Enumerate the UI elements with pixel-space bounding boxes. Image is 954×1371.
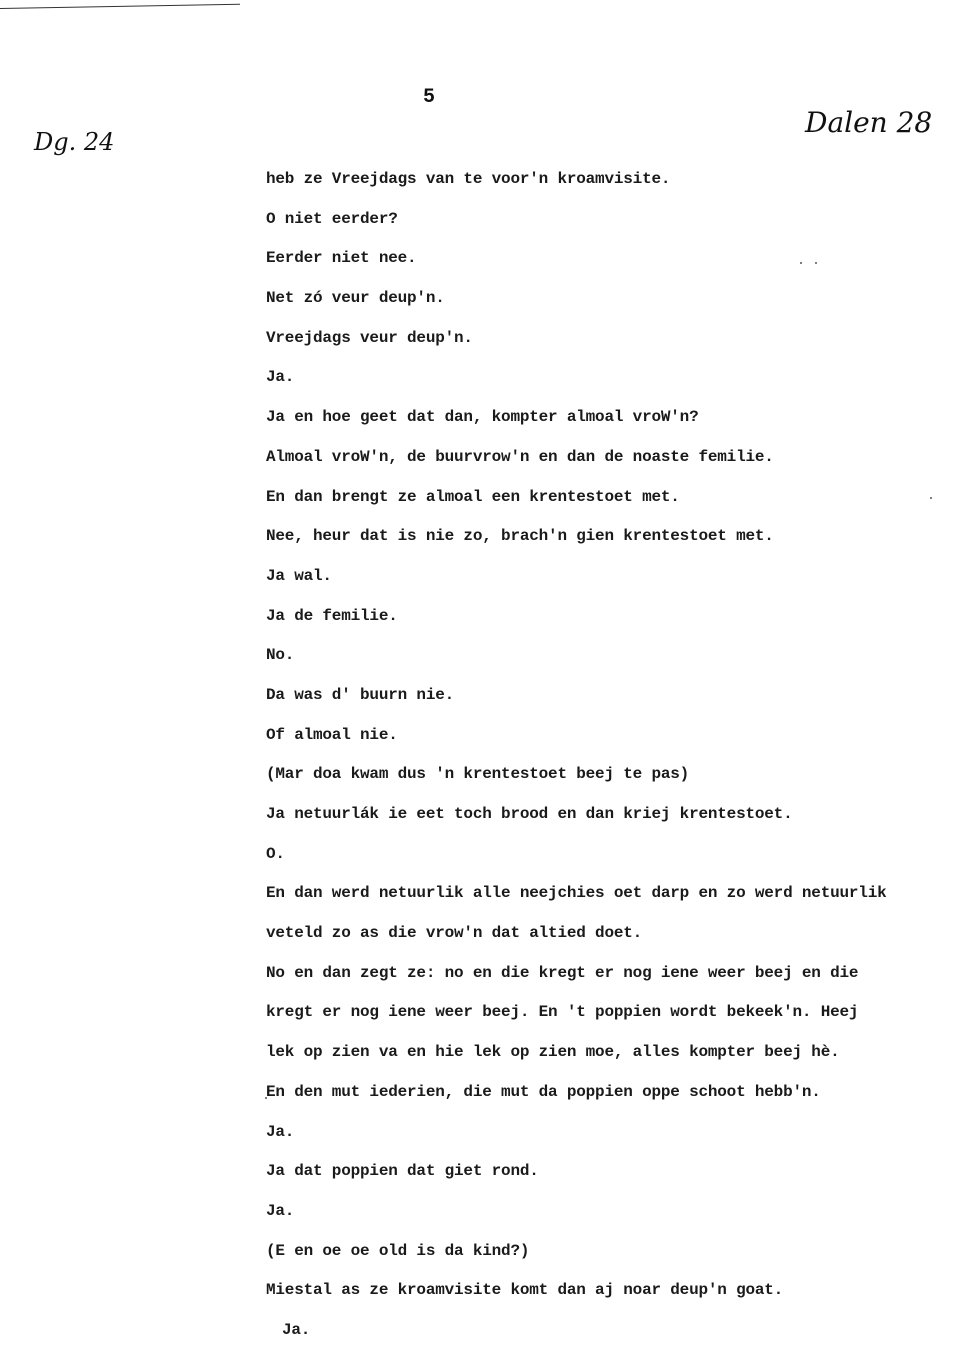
transcript-line: Vreejdags veur deup'n.	[266, 325, 946, 365]
transcript-line: Ja de femilie.	[266, 603, 946, 643]
page-number: 5	[423, 86, 435, 109]
transcript-body: heb ze Vreejdags van te voor'n kroamvisi…	[266, 166, 946, 1357]
page-edge-line	[0, 4, 240, 9]
transcript-line: Nee, heur dat is nie zo, brach'n gien kr…	[266, 523, 946, 563]
transcript-line: Ja.	[266, 1119, 946, 1159]
transcript-line: kregt er nog iene weer beej. En 't poppi…	[266, 999, 946, 1039]
transcript-line: O.	[266, 841, 946, 881]
transcript-line: Ja.	[266, 364, 946, 404]
transcript-line: Net zó veur deup'n.	[266, 285, 946, 325]
transcript-line: No en dan zegt ze: no en die kregt er no…	[266, 960, 946, 1000]
scan-speck	[930, 497, 932, 499]
transcript-line: No.	[266, 642, 946, 682]
transcript-line: O niet eerder?	[266, 206, 946, 246]
transcript-line: Ja dat poppien dat giet rond.	[266, 1158, 946, 1198]
transcript-line: Ja.	[266, 1198, 946, 1238]
transcript-line: Miestal as ze kroamvisite komt dan aj no…	[266, 1277, 946, 1317]
transcript-line: Ja.	[266, 1317, 946, 1357]
transcript-line: Da was d' buurn nie.	[266, 682, 946, 722]
transcript-line: Ja en hoe geet dat dan, kompter almoal v…	[266, 404, 946, 444]
transcript-line: heb ze Vreejdags van te voor'n kroamvisi…	[266, 166, 946, 206]
transcript-line: En dan brengt ze almoal een krentestoet …	[266, 484, 946, 524]
transcript-line: Almoal vroW'n, de buurvrow'n en dan de n…	[266, 444, 946, 484]
transcript-line: lek op zien va en hie lek op zien moe, a…	[266, 1039, 946, 1079]
transcript-line: Ja wal.	[266, 563, 946, 603]
transcript-line: (E en oe oe old is da kind?)	[266, 1238, 946, 1278]
transcript-line: En den mut iederien, die mut da poppien …	[266, 1079, 946, 1119]
handwritten-annotation-left: Dg. 24	[34, 128, 114, 156]
scan-speck	[815, 262, 817, 264]
transcript-line: Of almoal nie.	[266, 722, 946, 762]
scan-speck	[265, 1097, 267, 1099]
transcript-line: (Mar doa kwam dus 'n krentestoet beej te…	[266, 761, 946, 801]
transcript-line: Eerder niet nee.	[266, 245, 946, 285]
handwritten-annotation-right: Dalen 28	[805, 106, 932, 139]
transcript-line: En dan werd netuurlik alle neejchies oet…	[266, 880, 946, 920]
transcript-line: veteld zo as die vrow'n dat altied doet.	[266, 920, 946, 960]
document-page: 5 Dg. 24 Dalen 28 heb ze Vreejdags van t…	[0, 0, 954, 1371]
scan-speck	[800, 262, 802, 264]
transcript-line: Ja netuurlák ie eet toch brood en dan kr…	[266, 801, 946, 841]
